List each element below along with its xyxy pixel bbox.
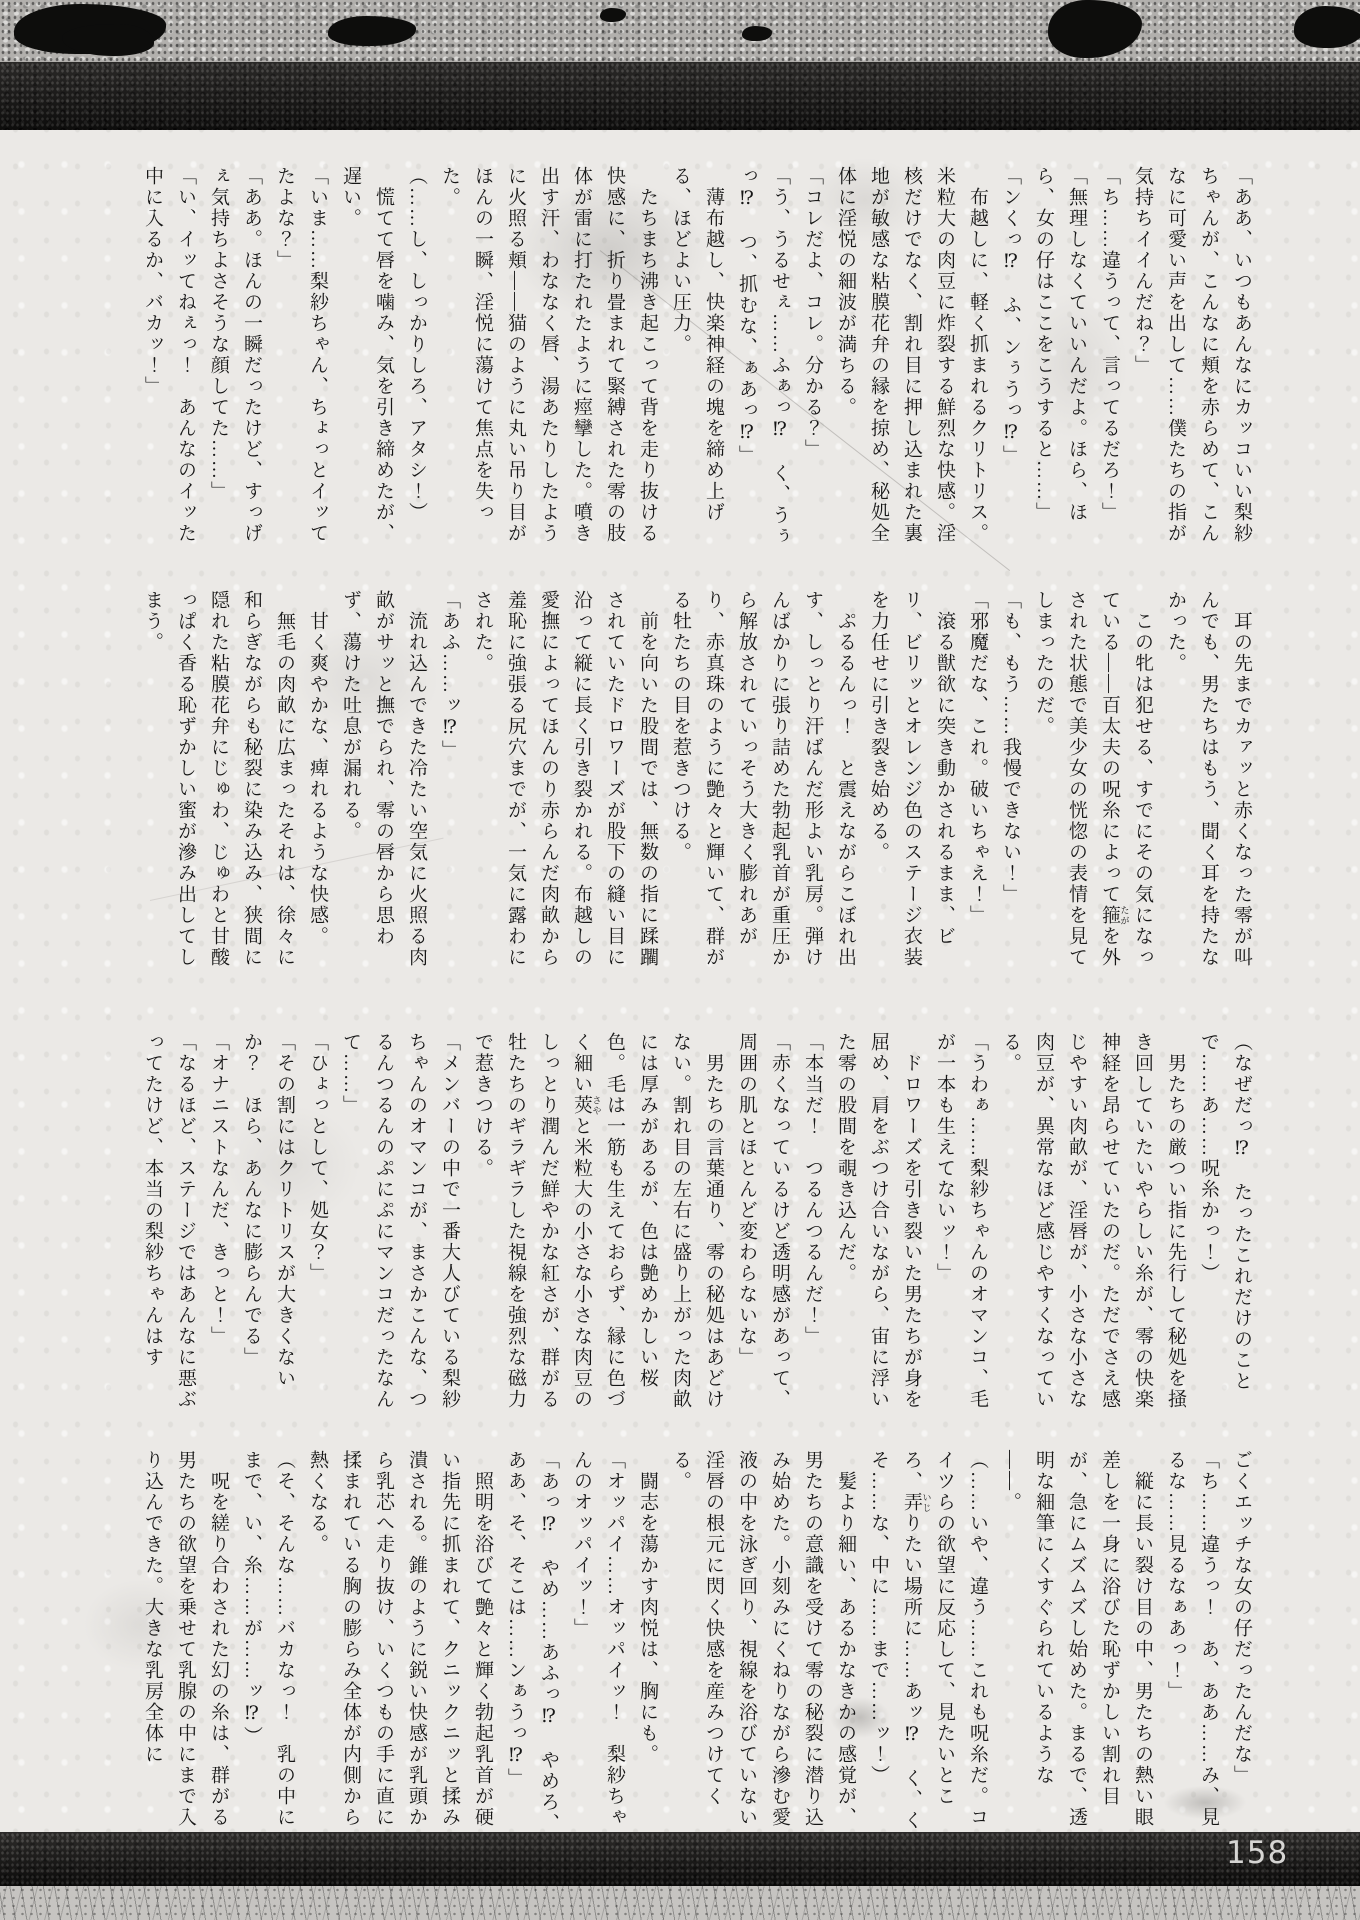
paragraph: 「メンバーの中で一番大人びている梨紗ちゃんのオマンコが、まさかこんな、つるんつる… — [334, 1032, 466, 1416]
text-band-2: 耳の先までカァッと赤くなった零が叫んでも、男たちはもう、聞く耳を持たなかった。こ… — [136, 590, 1258, 974]
paragraph: （……いや、違う……これも呪糸だ。コイツらの欲望に反応して、見たいところ、弄いじ… — [862, 1450, 994, 1834]
top-border-band — [0, 62, 1360, 130]
book-page: 「ああ、いつもあんなにカッコいい梨紗ちゃんが、こんなに頬を赤らめて、こんなに可愛… — [0, 0, 1360, 1920]
paragraph: 縦に長い裂け目の中、男たちの熱い眼差しを一身に浴びた恥ずかしい割れ目が、急にムズ… — [994, 1450, 1159, 1834]
paragraph: 「ああ。ほんの一瞬だったけど、すっげぇ気持ちよさそうな顔してた……」 — [202, 166, 268, 550]
paragraph: （そ、そんな……バカなっ！ 乳の中にまで、い、糸……が……ッ⁉） — [235, 1450, 301, 1834]
paragraph: 前を向いた股間では、無数の指に蹂躙されていたドロワーズが股下の縫い目に沿って縦に… — [466, 590, 664, 974]
ink-blot — [1048, 0, 1142, 58]
ink-blot — [1294, 6, 1360, 48]
paragraph: たちまち沸き起こって背を走り抜ける快感に、折り畳まれて緊縛された零の肢体が雷に打… — [433, 166, 664, 550]
paragraph: 「オナニストなんだ、きっと！」 — [202, 1032, 235, 1416]
paragraph: 「無理しなくていいんだよ。ほら、ほら、女の仔はここをこうすると……」 — [1027, 166, 1093, 550]
paragraph: 「オッパイ……オッパイッ！ 梨紗ちゃんのオッパイッ！」 — [565, 1450, 631, 1834]
text-band-4: ごくエッチな女の仔だったんだな」「ち……違うっ！ あ、ああ……み、見るな……見る… — [136, 1450, 1258, 1834]
paragraph: 滾る獣欲に突き動かされるまま、ビリ、ビリッとオレンジ色のステージ衣装を力任せに引… — [862, 590, 961, 974]
paragraph: 無毛の肉畝に広まったそれは、徐々に和らぎながらも秘裂に染み込み、狭間に隠れた粘膜… — [136, 590, 301, 974]
paragraph: 薄布越し、快楽神経の塊を締め上げる、ほどよい圧力。 — [664, 166, 730, 550]
paragraph: 髪より細い、あるかなきかの感覚が、男たちの意識を受けて零の秘裂に潜り込み始めた。… — [664, 1450, 862, 1834]
paragraph: 甘く爽やかな、痺れるような快感。 — [301, 590, 334, 974]
paragraph: 耳の先までカァッと赤くなった零が叫んでも、男たちはもう、聞く耳を持たなかった。 — [1159, 590, 1258, 974]
paragraph: 「コレだよ、コレ。分かる？」 — [796, 166, 829, 550]
paragraph: （……し、しっかりしろ、アタシ！） — [400, 166, 433, 550]
paragraph: 「ンくっ⁉ ふ、ンぅうっ⁉」 — [994, 166, 1027, 550]
paragraph: 呪を縒り合わされた幻の糸は、群がる男たちの欲望を乗せて乳腺の中にまで入り込んでき… — [136, 1450, 235, 1834]
paragraph: 照明を浴びて艶々と輝く勃起乳首が硬い指先に抓まれて、クニックニッと揉み潰される。… — [301, 1450, 499, 1834]
paragraph: 流れ込んできた冷たい空気に火照る肉畝がサッと撫でられ、零の唇から思わず、蕩けた吐… — [334, 590, 433, 974]
paragraph: 布越しに、軽く抓まれるクリトリス。米粒大の肉豆に炸裂する鮮烈な快感。淫核だけでな… — [829, 166, 994, 550]
paragraph: 「いま……梨紗ちゃん、ちょっとイッてたよな？」 — [268, 166, 334, 550]
top-texture-strip — [0, 0, 1360, 62]
paragraph: ドロワーズを引き裂いた男たちが身を屈め、肩をぶつけ合いながら、宙に浮いた零の股間… — [829, 1032, 928, 1416]
text-band-1: 「ああ、いつもあんなにカッコいい梨紗ちゃんが、こんなに頬を赤らめて、こんなに可愛… — [136, 166, 1258, 550]
page-number: 158 — [1226, 1838, 1288, 1869]
paragraph: 「なるほど、ステージではあんなに悪ぶってたけど、本当の梨紗ちゃんはす — [136, 1032, 202, 1416]
paragraph: 「ち……違うっ！ あ、ああ……み、見るな……見るなぁあっ！」 — [1159, 1450, 1225, 1834]
paragraph: 「邪魔だな、これ。破いちゃえ！」 — [961, 590, 994, 974]
paragraph: 男たちの言葉通り、零の秘処はあどけない。割れ目の左右に盛り上がった肉畝には厚みが… — [466, 1032, 730, 1416]
paragraph: ごくエッチな女の仔だったんだな」 — [1225, 1450, 1258, 1834]
paragraph: 「あっ⁉ やめ……あふっ⁉ やめろ、ああ、そ、そこは……ンぁうっ⁉」 — [499, 1450, 565, 1834]
paragraph: 「あふ……ッ⁉」 — [433, 590, 466, 974]
paragraph: ぷるるんっ！ と震えながらこぼれ出す、しっとり汗ばんだ形よい乳房。弾けんばかりに… — [664, 590, 862, 974]
paragraph: 「赤くなっているけど透明感があって、周囲の肌とほとんど変わらないな」 — [730, 1032, 796, 1416]
ink-blot — [600, 8, 626, 22]
ink-blot — [742, 26, 772, 41]
bottom-texture-strip — [0, 1886, 1360, 1920]
paragraph: 「も、もう……我慢できない！」 — [994, 590, 1027, 974]
paragraph: 「い、イッてねぇっ！ あんなのイッた中に入るか、バカッ！」 — [136, 166, 202, 550]
paragraph: 「うわぁ……梨紗ちゃんのオマンコ、毛が一本も生えてないッ！」 — [928, 1032, 994, 1416]
paragraph: 男たちの厳つい指に先行して秘処を掻き回していたいやらしい糸が、零の快楽神経を昂ら… — [994, 1032, 1192, 1416]
paragraph: 闘志を蕩かす肉悦は、胸にも。 — [631, 1450, 664, 1834]
paragraph: 「その割にはクリトリスが大きくないか？ ほら、あんなに膨らんでる」 — [235, 1032, 301, 1416]
text-band-3: （なぜだっ⁉ たったこれだけのことで……あ……呪糸かっ！）男たちの厳つい指に先行… — [136, 1032, 1258, 1416]
paragraph: 「ひょっとして、処女？」 — [301, 1032, 334, 1416]
ink-blot — [328, 16, 416, 46]
paragraph: 「ああ、いつもあんなにカッコいい梨紗ちゃんが、こんなに頬を赤らめて、こんなに可愛… — [1126, 166, 1258, 550]
bottom-border-band — [0, 1832, 1360, 1886]
paragraph: 慌てて唇を噛み、気を引き締めたが、遅い。 — [334, 166, 400, 550]
paragraph: この牝は犯せる、すでにその気になっている——百太夫の呪糸によって箍たがを外された… — [1027, 590, 1159, 974]
paragraph: （なぜだっ⁉ たったこれだけのことで……あ……呪糸かっ！） — [1192, 1032, 1258, 1416]
paragraph: 「ち……違うって、言ってるだろ！」 — [1093, 166, 1126, 550]
paragraph: 「本当だ！ つるんつるんだ！」 — [796, 1032, 829, 1416]
paragraph: 「う、うるせぇ……ふぁっ⁉ く、うぅっ⁉ つ、抓むな、ぁあっ⁉」 — [730, 166, 796, 550]
